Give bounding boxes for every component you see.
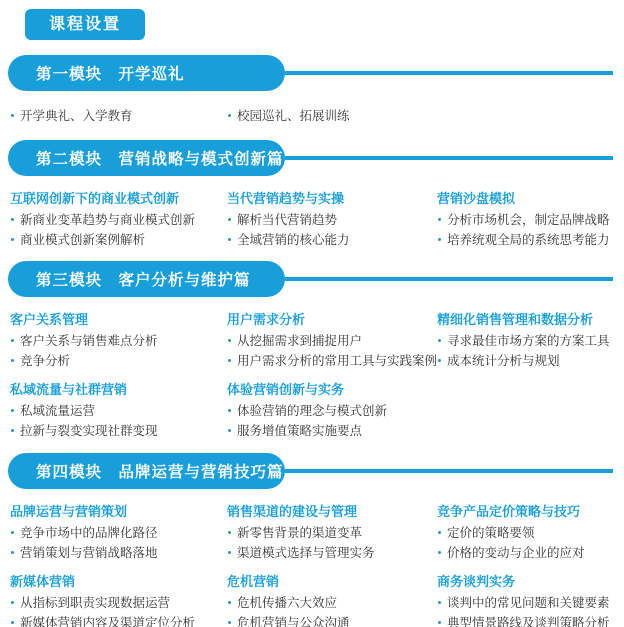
course-item-text: 客户关系与销售难点分析 bbox=[20, 331, 158, 351]
bullet-dot-icon bbox=[228, 359, 231, 362]
course-item: 拉新与裂变实现社群变现 bbox=[10, 421, 227, 441]
topic-column: 竞争产品定价策略与技巧 定价的策略要领 价格的变动与企业的应对 bbox=[437, 505, 624, 563]
bullet-dot-icon bbox=[11, 409, 14, 412]
course-item: 私域流量运营 bbox=[10, 401, 227, 421]
module-3-row-1: 客户关系管理 客户关系与销售难点分析 竞争分析 用户需求分析 从挖掘需求到捕捉用… bbox=[10, 313, 624, 371]
module-3-title-pill: 第三模块 客户分析与维护篇 bbox=[8, 261, 285, 297]
course-item: 渠道模式选择与管理实务 bbox=[227, 543, 437, 563]
course-item-text: 危机传播六大效应 bbox=[237, 593, 337, 613]
module-3-row-2: 私域流量与社群营销 私域流量运营 拉新与裂变实现社群变现 体验营销创新与实务 体… bbox=[10, 383, 624, 441]
bullet-dot-icon bbox=[11, 621, 14, 624]
course-item-text: 成本统计分析与规划 bbox=[447, 351, 560, 371]
bullet-dot-icon bbox=[438, 339, 441, 342]
module-3-banner: 第三模块 客户分析与维护篇 bbox=[8, 261, 613, 297]
bullet-dot-icon bbox=[11, 531, 14, 534]
module-1-title-pill: 第一模块 开学巡礼 bbox=[8, 55, 285, 91]
topic-heading: 竞争产品定价策略与技巧 bbox=[437, 505, 624, 519]
topic-column: 客户关系管理 客户关系与销售难点分析 竞争分析 bbox=[10, 313, 227, 371]
bullet-dot-icon bbox=[228, 339, 231, 342]
topic-column: 当代营销趋势与实操 解析当代营销趋势 全域营销的核心能力 bbox=[227, 192, 437, 250]
course-item: 新商业变革趋势与商业模式创新 bbox=[10, 210, 227, 230]
module-2-banner: 第二模块 营销战略与模式创新篇 bbox=[8, 140, 613, 176]
topic-heading: 新媒体营销 bbox=[10, 575, 227, 589]
course-item-text: 新商业变革趋势与商业模式创新 bbox=[20, 210, 195, 230]
course-item-text: 校园巡礼、拓展训练 bbox=[237, 106, 350, 126]
bullet-dot-icon bbox=[228, 551, 231, 554]
topic-column: 精细化销售管理和数据分析 寻求最佳市场方案的方案工具 成本统计分析与规划 bbox=[437, 313, 624, 371]
course-item: 开学典礼、入学教育 bbox=[10, 106, 227, 126]
course-item-text: 营销策划与营销战略落地 bbox=[20, 543, 158, 563]
course-item: 谈判中的常见问题和关键要素 bbox=[437, 593, 624, 613]
banner-rule bbox=[285, 156, 613, 160]
topic-column: 互联网创新下的商业模式创新 新商业变革趋势与商业模式创新 商业模式创新案例解析 bbox=[10, 192, 227, 250]
course-item-text: 解析当代营销趋势 bbox=[237, 210, 337, 230]
bullet-dot-icon bbox=[11, 601, 14, 604]
course-item: 竞争市场中的品牌化路径 bbox=[10, 523, 227, 543]
bullet-dot-icon bbox=[438, 551, 441, 554]
bullet-dot-icon bbox=[11, 429, 14, 432]
module-2: 第二模块 营销战略与模式创新篇 互联网创新下的商业模式创新 新商业变革趋势与商业… bbox=[0, 140, 624, 250]
course-item-text: 竞争市场中的品牌化路径 bbox=[20, 523, 158, 543]
course-item-text: 培养统观全局的系统思考能力 bbox=[447, 230, 610, 250]
bullet-dot-icon bbox=[228, 531, 231, 534]
course-item-text: 价格的变动与企业的应对 bbox=[447, 543, 585, 563]
course-item: 培养统观全局的系统思考能力 bbox=[437, 230, 624, 250]
bullet-dot-icon bbox=[228, 238, 231, 241]
topic-heading: 当代营销趋势与实操 bbox=[227, 192, 437, 206]
topic-heading: 营销沙盘模拟 bbox=[437, 192, 624, 206]
page-title: 课程设置 bbox=[25, 9, 145, 40]
course-item-text: 危机营销与公众沟通 bbox=[237, 613, 350, 627]
course-item-text: 拉新与裂变实现社群变现 bbox=[20, 421, 158, 441]
course-item-text: 全域营销的核心能力 bbox=[237, 230, 350, 250]
course-item: 成本统计分析与规划 bbox=[437, 351, 624, 371]
topic-column: 新媒体营销 从指标到职责实现数据运营 新媒体营销内容及渠道定位分析 bbox=[10, 575, 227, 627]
course-item: 校园巡礼、拓展训练 bbox=[227, 106, 437, 126]
course-item-text: 从挖掘需求到捕捉用户 bbox=[237, 331, 362, 351]
course-item: 寻求最佳市场方案的方案工具 bbox=[437, 331, 624, 351]
bullet-dot-icon bbox=[228, 621, 231, 624]
topic-column: 品牌运营与营销策划 竞争市场中的品牌化路径 营销策划与营销战略落地 bbox=[10, 505, 227, 563]
bullet-dot-icon bbox=[438, 601, 441, 604]
course-item-text: 私域流量运营 bbox=[20, 401, 95, 421]
banner-rule bbox=[285, 469, 613, 473]
course-item-text: 商业模式创新案例解析 bbox=[20, 230, 145, 250]
topic-column: 体验营销创新与实务 体验营销的理念与模式创新 服务增值策略实施要点 bbox=[227, 383, 437, 441]
topic-heading: 销售渠道的建设与管理 bbox=[227, 505, 437, 519]
course-item: 竞争分析 bbox=[10, 351, 227, 371]
bullet-dot-icon bbox=[11, 238, 14, 241]
module-1: 第一模块 开学巡礼 开学典礼、入学教育 校园巡礼、拓展训练 bbox=[0, 55, 624, 126]
bullet-dot-icon bbox=[11, 359, 14, 362]
module-4-title-pill: 第四模块 品牌运营与营销技巧篇 bbox=[8, 453, 285, 489]
topic-heading: 危机营销 bbox=[227, 575, 437, 589]
topic-heading: 商务谈判实务 bbox=[437, 575, 624, 589]
course-item: 危机营销与公众沟通 bbox=[227, 613, 437, 627]
topic-column: 用户需求分析 从挖掘需求到捕捉用户 用户需求分析的常用工具与实践案例 bbox=[227, 313, 437, 371]
course-item: 危机传播六大效应 bbox=[227, 593, 437, 613]
course-item: 服务增值策略实施要点 bbox=[227, 421, 437, 441]
bullet-dot-icon bbox=[11, 218, 14, 221]
topic-column: 危机营销 危机传播六大效应 危机营销与公众沟通 bbox=[227, 575, 437, 627]
module-3: 第三模块 客户分析与维护篇 客户关系管理 客户关系与销售难点分析 竞争分析 用户… bbox=[0, 261, 624, 441]
bullet-dot-icon bbox=[228, 409, 231, 412]
course-item-text: 服务增值策略实施要点 bbox=[237, 421, 362, 441]
course-item: 从指标到职责实现数据运营 bbox=[10, 593, 227, 613]
topic-column: 商务谈判实务 谈判中的常见问题和关键要素 典型情景路线及谈判策略分析 bbox=[437, 575, 624, 627]
bullet-dot-icon bbox=[11, 114, 14, 117]
module-1-title: 第一模块 开学巡礼 bbox=[36, 62, 185, 84]
course-item: 新零售背景的渠道变革 bbox=[227, 523, 437, 543]
course-item-text: 定价的策略要领 bbox=[447, 523, 535, 543]
course-item: 营销策划与营销战略落地 bbox=[10, 543, 227, 563]
course-item-text: 新零售背景的渠道变革 bbox=[237, 523, 362, 543]
course-item-text: 分析市场机会，制定品牌战略 bbox=[447, 210, 610, 230]
course-item: 体验营销的理念与模式创新 bbox=[227, 401, 437, 421]
course-item-text: 典型情景路线及谈判策略分析 bbox=[447, 613, 610, 627]
topic-heading: 互联网创新下的商业模式创新 bbox=[10, 192, 227, 206]
course-item: 解析当代营销趋势 bbox=[227, 210, 437, 230]
topic-heading: 品牌运营与营销策划 bbox=[10, 505, 227, 519]
banner-rule bbox=[285, 277, 613, 281]
module-4-title: 第四模块 品牌运营与营销技巧篇 bbox=[36, 460, 284, 482]
curriculum-page: 课程设置 第一模块 开学巡礼 开学典礼、入学教育 校园巡礼、拓展训练 bbox=[0, 0, 624, 627]
course-item-text: 用户需求分析的常用工具与实践案例 bbox=[237, 351, 437, 371]
module-4-banner: 第四模块 品牌运营与营销技巧篇 bbox=[8, 453, 613, 489]
bullet-dot-icon bbox=[438, 621, 441, 624]
module-2-title: 第二模块 营销战略与模式创新篇 bbox=[36, 147, 284, 169]
topic-heading: 精细化销售管理和数据分析 bbox=[437, 313, 624, 327]
course-item: 用户需求分析的常用工具与实践案例 bbox=[227, 351, 437, 371]
topic-column: 营销沙盘模拟 分析市场机会，制定品牌战略 培养统观全局的系统思考能力 bbox=[437, 192, 624, 250]
course-item: 全域营销的核心能力 bbox=[227, 230, 437, 250]
course-item-text: 从指标到职责实现数据运营 bbox=[20, 593, 170, 613]
banner-rule bbox=[285, 71, 613, 75]
course-item: 商业模式创新案例解析 bbox=[10, 230, 227, 250]
module-4: 第四模块 品牌运营与营销技巧篇 品牌运营与营销策划 竞争市场中的品牌化路径 营销… bbox=[0, 453, 624, 627]
topic-heading: 私域流量与社群营销 bbox=[10, 383, 227, 397]
bullet-dot-icon bbox=[438, 218, 441, 221]
bullet-dot-icon bbox=[438, 359, 441, 362]
bullet-dot-icon bbox=[11, 551, 14, 554]
course-item-text: 开学典礼、入学教育 bbox=[20, 106, 133, 126]
course-item: 新媒体营销内容及渠道定位分析 bbox=[10, 613, 227, 627]
topic-column: 校园巡礼、拓展训练 bbox=[227, 106, 437, 126]
module-2-row-1: 互联网创新下的商业模式创新 新商业变革趋势与商业模式创新 商业模式创新案例解析 … bbox=[10, 192, 624, 250]
course-item-text: 寻求最佳市场方案的方案工具 bbox=[447, 331, 610, 351]
module-2-title-pill: 第二模块 营销战略与模式创新篇 bbox=[8, 140, 285, 176]
module-1-banner: 第一模块 开学巡礼 bbox=[8, 55, 613, 91]
course-item-text: 竞争分析 bbox=[20, 351, 70, 371]
course-item-text: 体验营销的理念与模式创新 bbox=[237, 401, 387, 421]
module-3-title: 第三模块 客户分析与维护篇 bbox=[36, 268, 251, 290]
course-item: 定价的策略要领 bbox=[437, 523, 624, 543]
course-item: 分析市场机会，制定品牌战略 bbox=[437, 210, 624, 230]
bullet-dot-icon bbox=[11, 339, 14, 342]
bullet-dot-icon bbox=[228, 114, 231, 117]
topic-column: 私域流量与社群营销 私域流量运营 拉新与裂变实现社群变现 bbox=[10, 383, 227, 441]
topic-heading: 客户关系管理 bbox=[10, 313, 227, 327]
module-4-row-2: 新媒体营销 从指标到职责实现数据运营 新媒体营销内容及渠道定位分析 危机营销 危… bbox=[10, 575, 624, 627]
bullet-dot-icon bbox=[228, 218, 231, 221]
course-item-text: 新媒体营销内容及渠道定位分析 bbox=[20, 613, 195, 627]
course-item: 客户关系与销售难点分析 bbox=[10, 331, 227, 351]
topic-heading: 用户需求分析 bbox=[227, 313, 437, 327]
module-1-row-1: 开学典礼、入学教育 校园巡礼、拓展训练 bbox=[10, 106, 624, 126]
course-item: 价格的变动与企业的应对 bbox=[437, 543, 624, 563]
course-item-text: 谈判中的常见问题和关键要素 bbox=[447, 593, 610, 613]
course-item-text: 渠道模式选择与管理实务 bbox=[237, 543, 375, 563]
topic-column: 销售渠道的建设与管理 新零售背景的渠道变革 渠道模式选择与管理实务 bbox=[227, 505, 437, 563]
topic-column: 开学典礼、入学教育 bbox=[10, 106, 227, 126]
module-4-row-1: 品牌运营与营销策划 竞争市场中的品牌化路径 营销策划与营销战略落地 销售渠道的建… bbox=[10, 505, 624, 563]
bullet-dot-icon bbox=[228, 429, 231, 432]
bullet-dot-icon bbox=[228, 601, 231, 604]
course-item: 从挖掘需求到捕捉用户 bbox=[227, 331, 437, 351]
course-item: 典型情景路线及谈判策略分析 bbox=[437, 613, 624, 627]
topic-heading: 体验营销创新与实务 bbox=[227, 383, 437, 397]
bullet-dot-icon bbox=[438, 531, 441, 534]
bullet-dot-icon bbox=[438, 238, 441, 241]
